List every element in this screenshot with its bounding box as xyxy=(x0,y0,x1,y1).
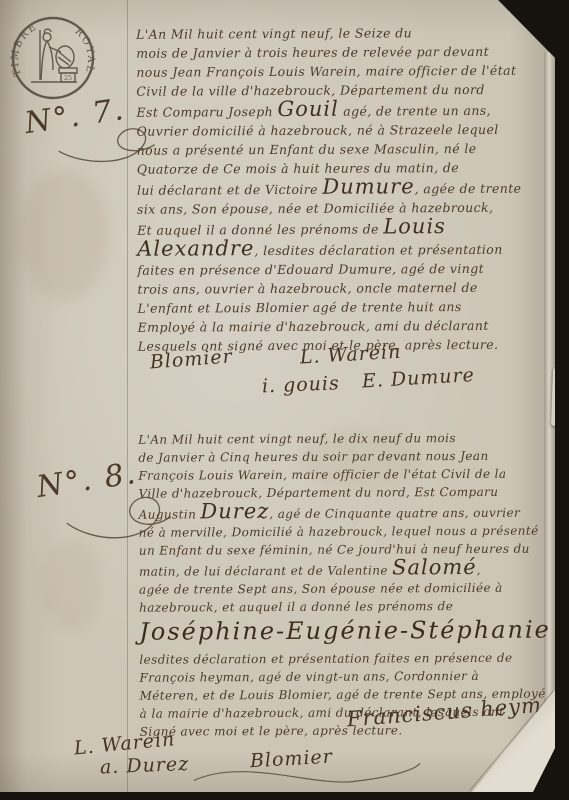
act-line: mois de Janvier à trois heures de relevé… xyxy=(136,42,550,63)
child-name: Alexandre xyxy=(137,236,254,261)
act-line: L'enfant et Louis Blomier agé de trente … xyxy=(137,297,551,318)
act-line: L'An Mil huit cent vingt neuf, le Seize … xyxy=(136,23,550,44)
signature-mayor: L. Warein xyxy=(299,341,402,369)
act-line: François Louis Warein, maire officier de… xyxy=(138,465,552,485)
act-line: trois ans, ouvrier à hazebrouck, oncle m… xyxy=(137,278,551,299)
act-line: un Enfant du sexe féminin, né Ce jourd'h… xyxy=(139,540,553,560)
act-line-text: Est Comparu Joseph xyxy=(136,104,277,120)
act-line: Joséphine-Eugénie-Stéphanie xyxy=(139,615,553,651)
mother-name: Salomé xyxy=(392,555,477,579)
act-line: matin, de lui déclarant et de Valentine … xyxy=(139,558,553,581)
act-line: nous Jean François Louis Warein, maire o… xyxy=(136,61,550,82)
act-line: Augustin Durez, agé de Cinquante quatre … xyxy=(139,501,553,524)
signature-flourish xyxy=(192,755,422,790)
entry8-act-text: L'An Mil huit cent vingt neuf, le dix ne… xyxy=(138,429,554,741)
signature-witness: E. Dumure xyxy=(361,364,475,392)
signature-witness: Blomier xyxy=(149,345,233,373)
act-line-text: Et auquel il a donné les prénoms de xyxy=(137,221,383,237)
page-number: 3 xyxy=(519,5,527,19)
act-line-text: , lesdites déclaration et présentation xyxy=(254,242,502,258)
act-line: François heyman, agé de vingt-un ans, Co… xyxy=(139,667,553,687)
act-line: Civil de la ville d'hazebrouck, Départem… xyxy=(136,80,550,101)
act-line: de Janvier à Cinq heures du soir par dev… xyxy=(138,447,552,467)
act-line: faites en présence d'Edouard Dumure, agé… xyxy=(137,259,551,280)
act-line: L'An Mil huit cent vingt neuf, le dix ne… xyxy=(138,429,552,449)
paper-tab xyxy=(551,368,567,426)
act-line: Alexandre, lesdites déclaration et prése… xyxy=(137,238,551,261)
act-line: six ans, Son épouse, née et Domiciliée à… xyxy=(137,198,551,219)
father-name: Durez xyxy=(200,499,269,523)
mother-name: Dumure xyxy=(322,174,414,198)
register-page: TIMBRE ROYAL 25 3 N°. 7. L xyxy=(0,0,555,792)
act-line-text: , agé de Cinquante quatre ans, ouvrier xyxy=(269,506,520,521)
act-line: hazebrouck, et auquel il a donné les pré… xyxy=(139,597,553,617)
act-line-text: agé, de trente un ans, xyxy=(339,103,491,119)
act-line-text: lui déclarant et de Victoire xyxy=(137,182,322,198)
act-line-text: matin, de lui déclarant et de Valentine xyxy=(139,563,392,578)
act-line: agée de trente Sept ans, Son épouse née … xyxy=(139,579,553,599)
act-line: Est Comparu Joseph Gouil agé, de trente … xyxy=(136,99,550,122)
act-line-text: , xyxy=(477,563,481,577)
act-line: Ouvrier domicilié à hazebrouck, né à Str… xyxy=(137,120,551,141)
entry7-act-text: L'An Mil huit cent vingt neuf, le Seize … xyxy=(136,23,552,356)
act-line: né à merville, Domicilié à hazebrouck, l… xyxy=(139,522,553,542)
child-name: Louis xyxy=(383,214,446,238)
signature-father: i. gouis xyxy=(262,372,341,397)
child-name: Joséphine-Eugénie-Stéphanie xyxy=(139,616,551,646)
act-line-text: Augustin xyxy=(139,507,201,521)
act-line: lesdites déclaration et présentation fai… xyxy=(139,649,553,669)
act-line: Employé à la mairie d'hazebrouck, ami du… xyxy=(138,316,552,337)
father-name: Gouil xyxy=(277,97,339,121)
signature-father: a. Durez xyxy=(100,753,190,779)
act-line: lui déclarant et de Victoire Dumure, agé… xyxy=(137,177,551,200)
page-content: 3 N°. 7. L'An Mil huit cent vingt neuf, … xyxy=(0,0,557,793)
act-line: nous a présenté un Enfant du sexe Mascul… xyxy=(137,139,551,160)
act-line-text: , agée de trente xyxy=(415,181,522,197)
